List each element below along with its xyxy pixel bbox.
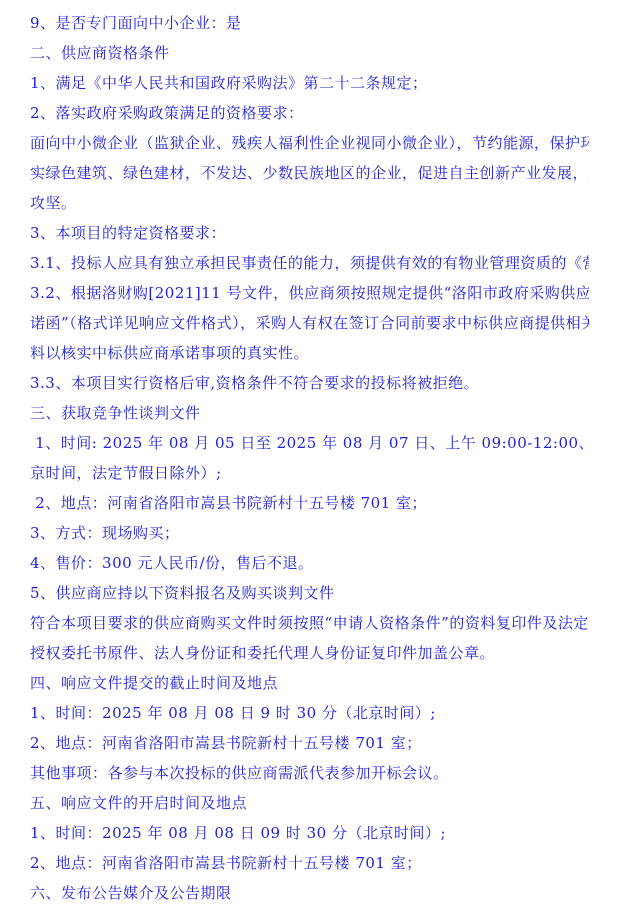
text-line: 3.2、根据洛财购[2021]11 号文件，供应商须按照规定提供“洛阳市政府采购… — [30, 278, 589, 308]
text-line: 2、地点：河南省洛阳市嵩县书院新村十五号楼 701 室； — [30, 488, 589, 518]
text-line: 2、地点：河南省洛阳市嵩县书院新村十五号楼 701 室； — [30, 848, 589, 878]
text-line: 2、落实政府采购政策满足的资格要求： — [30, 98, 589, 128]
text-line: 5、供应商应持以下资料报名及购买谈判文件 — [30, 578, 589, 608]
announcement-page: 9、是否专门面向中小企业：是 二、供应商资格条件 1、满足《中华人民共和国政府采… — [0, 0, 617, 906]
text-line: 3、方式：现场购买； — [30, 518, 589, 548]
text-line: 1、满足《中华人民共和国政府采购法》第二十二条规定； — [30, 68, 589, 98]
procurement-announcement-body: 9、是否专门面向中小企业：是 二、供应商资格条件 1、满足《中华人民共和国政府采… — [30, 8, 589, 906]
text-line: 3.1、投标人应具有独立承担民事责任的能力，须提供有效的有物业管理资质的《营业执… — [30, 248, 589, 278]
text-line: 京时间，法定节假日除外）; — [30, 458, 589, 488]
text-line: 1、时间：2025 年 08 月 08 日 09 时 30 分（北京时间）; — [30, 818, 589, 848]
text-line: 1、时间: 2025 年 08 月 05 日至 2025 年 08 月 07 日… — [30, 428, 589, 458]
text-line: 符合本项目要求的供应商购买文件时须按照“申请人资格条件”的资料复印件及法定代表人 — [30, 608, 589, 638]
text-line: 3、本项目的特定资格要求： — [30, 218, 589, 248]
text-line: 1、时间：2025 年 08 月 08 日 9 时 30 分（北京时间）; — [30, 698, 589, 728]
text-line: 其他事项：各参与本次投标的供应商需派代表参加开标会议。 — [30, 758, 589, 788]
text-line: 诺函”（格式详见响应文件格式），采购人有权在签订合同前要求中标供应商提供相关证明… — [30, 308, 589, 338]
text-line: 面向中小微企业（监狱企业、残疾人福利性企业视同小微企业），节约能源，保护环境，落 — [30, 128, 589, 158]
text-line: 授权委托书原件、法人身份证和委托代理人身份证复印件加盖公章。 — [30, 638, 589, 668]
section-heading: 三、获取竞争性谈判文件 — [30, 398, 589, 428]
text-line: 4、售价：300 元人民币/份，售后不退。 — [30, 548, 589, 578]
text-line: 攻坚。 — [30, 188, 589, 218]
section-heading: 四、响应文件提交的截止时间及地点 — [30, 668, 589, 698]
text-line: 9、是否专门面向中小企业：是 — [30, 8, 589, 38]
text-line: 2、地点：河南省洛阳市嵩县书院新村十五号楼 701 室； — [30, 728, 589, 758]
section-heading: 五、响应文件的开启时间及地点 — [30, 788, 589, 818]
section-heading: 六、发布公告媒介及公告期限 — [30, 878, 589, 906]
text-line: 料以核实中标供应商承诺事项的真实性。 — [30, 338, 589, 368]
text-line: 实绿色建筑、绿色建材，不发达、少数民族地区的企业，促进自主创新产业发展，支持脱贫 — [30, 158, 589, 188]
section-heading: 二、供应商资格条件 — [30, 38, 589, 68]
text-line: 3.3、本项目实行资格后审,资格条件不符合要求的投标将被拒绝。 — [30, 368, 589, 398]
